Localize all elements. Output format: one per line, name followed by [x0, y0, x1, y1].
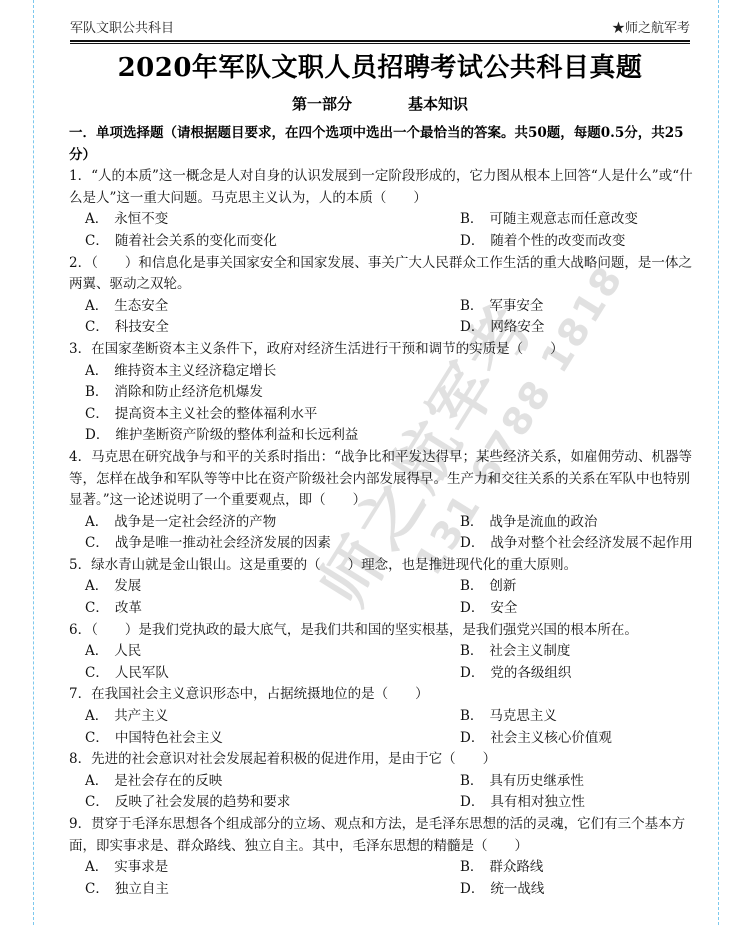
option-b: B．可随主观意志而任意改变 — [460, 209, 710, 231]
option-a: A．永恒不变 — [85, 209, 460, 231]
option-a: A．人民 — [85, 641, 460, 663]
question-6: 6．（ ）是我们党执政的最大底气，是我们共和国的坚实根基，是我们强党兴国的根本所… — [69, 620, 694, 685]
option-b: B．创新 — [460, 576, 710, 598]
question-5: 5．绿水青山就是金山银山。这是重要的（ ）理念，也是推进现代化的重大原则。 A．… — [69, 555, 694, 620]
question-stem: 6．（ ）是我们党执政的最大底气，是我们共和国的坚实根基，是我们强党兴国的根本所… — [69, 620, 694, 642]
right-margin-guide — [718, 0, 719, 925]
question-stem: 7．在我国社会主义意识形态中，占据统摄地位的是（ ） — [69, 684, 694, 706]
option-b: B．军事安全 — [460, 296, 710, 318]
question-stem: 9．贯穿于毛泽东思想各个组成部分的立场、观点和方法，是毛泽东思想的活的灵魂，它们… — [69, 814, 694, 857]
option-a: A．发展 — [85, 576, 460, 598]
option-c: C．改革 — [85, 598, 460, 620]
question-stem: 2．（ ）和信息化是事关国家安全和国家发展、事关广大人民群众工作生活的重大战略问… — [69, 253, 694, 296]
option-list: A．共产主义 B．马克思主义 C．中国特色社会主义 D．社会主义核心价值观 — [69, 706, 694, 749]
document-title: 2020年军队文职人员招聘考试公共科目真题 — [70, 47, 690, 84]
header-rule — [70, 40, 690, 44]
part-title: 第一部分基本知识 — [70, 93, 690, 114]
option-list: A．永恒不变 B．可随主观意志而任意改变 C．随着社会关系的变化而变化 D．随着… — [69, 209, 694, 252]
option-a: A．生态安全 — [85, 296, 460, 318]
option-d: D．统一战线 — [460, 879, 710, 901]
question-stem: 3．在国家垄断资本主义条件下，政府对经济生活进行干预和调节的实质是（ ） — [69, 339, 694, 361]
header-left-text: 军队文职公共科目 — [70, 17, 174, 36]
option-a: A．实事求是 — [85, 857, 460, 879]
option-b: B．社会主义制度 — [460, 641, 710, 663]
question-stem: 4．马克思在研究战争与和平的关系时指出：“战争比和平发达得早；某些经济关系，如雇… — [69, 447, 694, 512]
option-d: D．具有相对独立性 — [460, 792, 710, 814]
left-margin-guide — [33, 0, 34, 925]
option-list: A．生态安全 B．军事安全 C．科技安全 D．网络安全 — [69, 296, 694, 339]
part-number: 第一部分 — [292, 95, 352, 113]
part-name: 基本知识 — [408, 95, 468, 113]
question-stem: 5．绿水青山就是金山银山。这是重要的（ ）理念，也是推进现代化的重大原则。 — [69, 555, 694, 577]
option-a: A．战争是一定社会经济的产物 — [85, 512, 460, 534]
option-c: C．科技安全 — [85, 317, 460, 339]
option-c: C．反映了社会发展的趋势和要求 — [85, 792, 460, 814]
option-list: A．人民 B．社会主义制度 C．人民军队 D．党的各级组织 — [69, 641, 694, 684]
option-c: C．随着社会关系的变化而变化 — [85, 231, 460, 253]
header-right-text: ★师之航军考 — [612, 17, 690, 36]
option-a: A．是社会存在的反映 — [85, 771, 460, 793]
option-d: D．随着个性的改变而改变 — [460, 231, 710, 253]
option-b: B．马克思主义 — [460, 706, 710, 728]
option-c: C．提高资本主义社会的整体福利水平 — [85, 404, 694, 426]
question-1: 1．“人的本质”这一概念是人对自身的认识发展到一定阶段形成的，它力图从根本上回答… — [69, 166, 694, 252]
option-c: C．独立自主 — [85, 879, 460, 901]
option-c: C．中国特色社会主义 — [85, 728, 460, 750]
question-stem: 1．“人的本质”这一概念是人对自身的认识发展到一定阶段形成的，它力图从根本上回答… — [69, 166, 694, 209]
running-header: 军队文职公共科目 ★师之航军考 — [70, 14, 690, 36]
question-8: 8．先进的社会意识对社会发展起着积极的促进作用，是由于它（ ） A．是社会存在的… — [69, 749, 694, 814]
document-body: 一．单项选择题（请根据题目要求，在四个选项中选出一个最恰当的答案。共50题，每题… — [69, 123, 694, 900]
option-b: B．战争是流血的政治 — [460, 512, 710, 534]
question-3: 3．在国家垄断资本主义条件下，政府对经济生活进行干预和调节的实质是（ ） A．维… — [69, 339, 694, 447]
option-b: B．消除和防止经济危机爆发 — [85, 382, 694, 404]
option-list: A．维持资本主义经济稳定增长 B．消除和防止经济危机爆发 C．提高资本主义社会的… — [69, 361, 694, 447]
question-7: 7．在我国社会主义意识形态中，占据统摄地位的是（ ） A．共产主义 B．马克思主… — [69, 684, 694, 749]
option-d: D．党的各级组织 — [460, 663, 710, 685]
option-d: D．战争对整个社会经济发展不起作用 — [460, 533, 710, 555]
option-c: C．人民军队 — [85, 663, 460, 685]
question-stem: 8．先进的社会意识对社会发展起着积极的促进作用，是由于它（ ） — [69, 749, 694, 771]
option-b: B．群众路线 — [460, 857, 710, 879]
question-4: 4．马克思在研究战争与和平的关系时指出：“战争比和平发达得早；某些经济关系，如雇… — [69, 447, 694, 555]
option-a: A．共产主义 — [85, 706, 460, 728]
option-d: D．社会主义核心价值观 — [460, 728, 710, 750]
option-d: D．维护垄断资产阶级的整体利益和长远利益 — [85, 425, 694, 447]
option-list: A．是社会存在的反映 B．具有历史继承性 C．反映了社会发展的趋势和要求 D．具… — [69, 771, 694, 814]
option-b: B．具有历史继承性 — [460, 771, 710, 793]
question-9: 9．贯穿于毛泽东思想各个组成部分的立场、观点和方法，是毛泽东思想的活的灵魂，它们… — [69, 814, 694, 900]
option-list: A．实事求是 B．群众路线 C．独立自主 D．统一战线 — [69, 857, 694, 900]
option-d: D．安全 — [460, 598, 710, 620]
question-2: 2．（ ）和信息化是事关国家安全和国家发展、事关广大人民群众工作生活的重大战略问… — [69, 253, 694, 339]
option-d: D．网络安全 — [460, 317, 710, 339]
option-list: A．发展 B．创新 C．改革 D．安全 — [69, 576, 694, 619]
option-list: A．战争是一定社会经济的产物 B．战争是流血的政治 C．战争是唯一推动社会经济发… — [69, 512, 694, 555]
section-heading: 一．单项选择题（请根据题目要求，在四个选项中选出一个最恰当的答案。共50题，每题… — [69, 123, 694, 166]
option-a: A．维持资本主义经济稳定增长 — [85, 361, 694, 383]
option-c: C．战争是唯一推动社会经济发展的因素 — [85, 533, 460, 555]
